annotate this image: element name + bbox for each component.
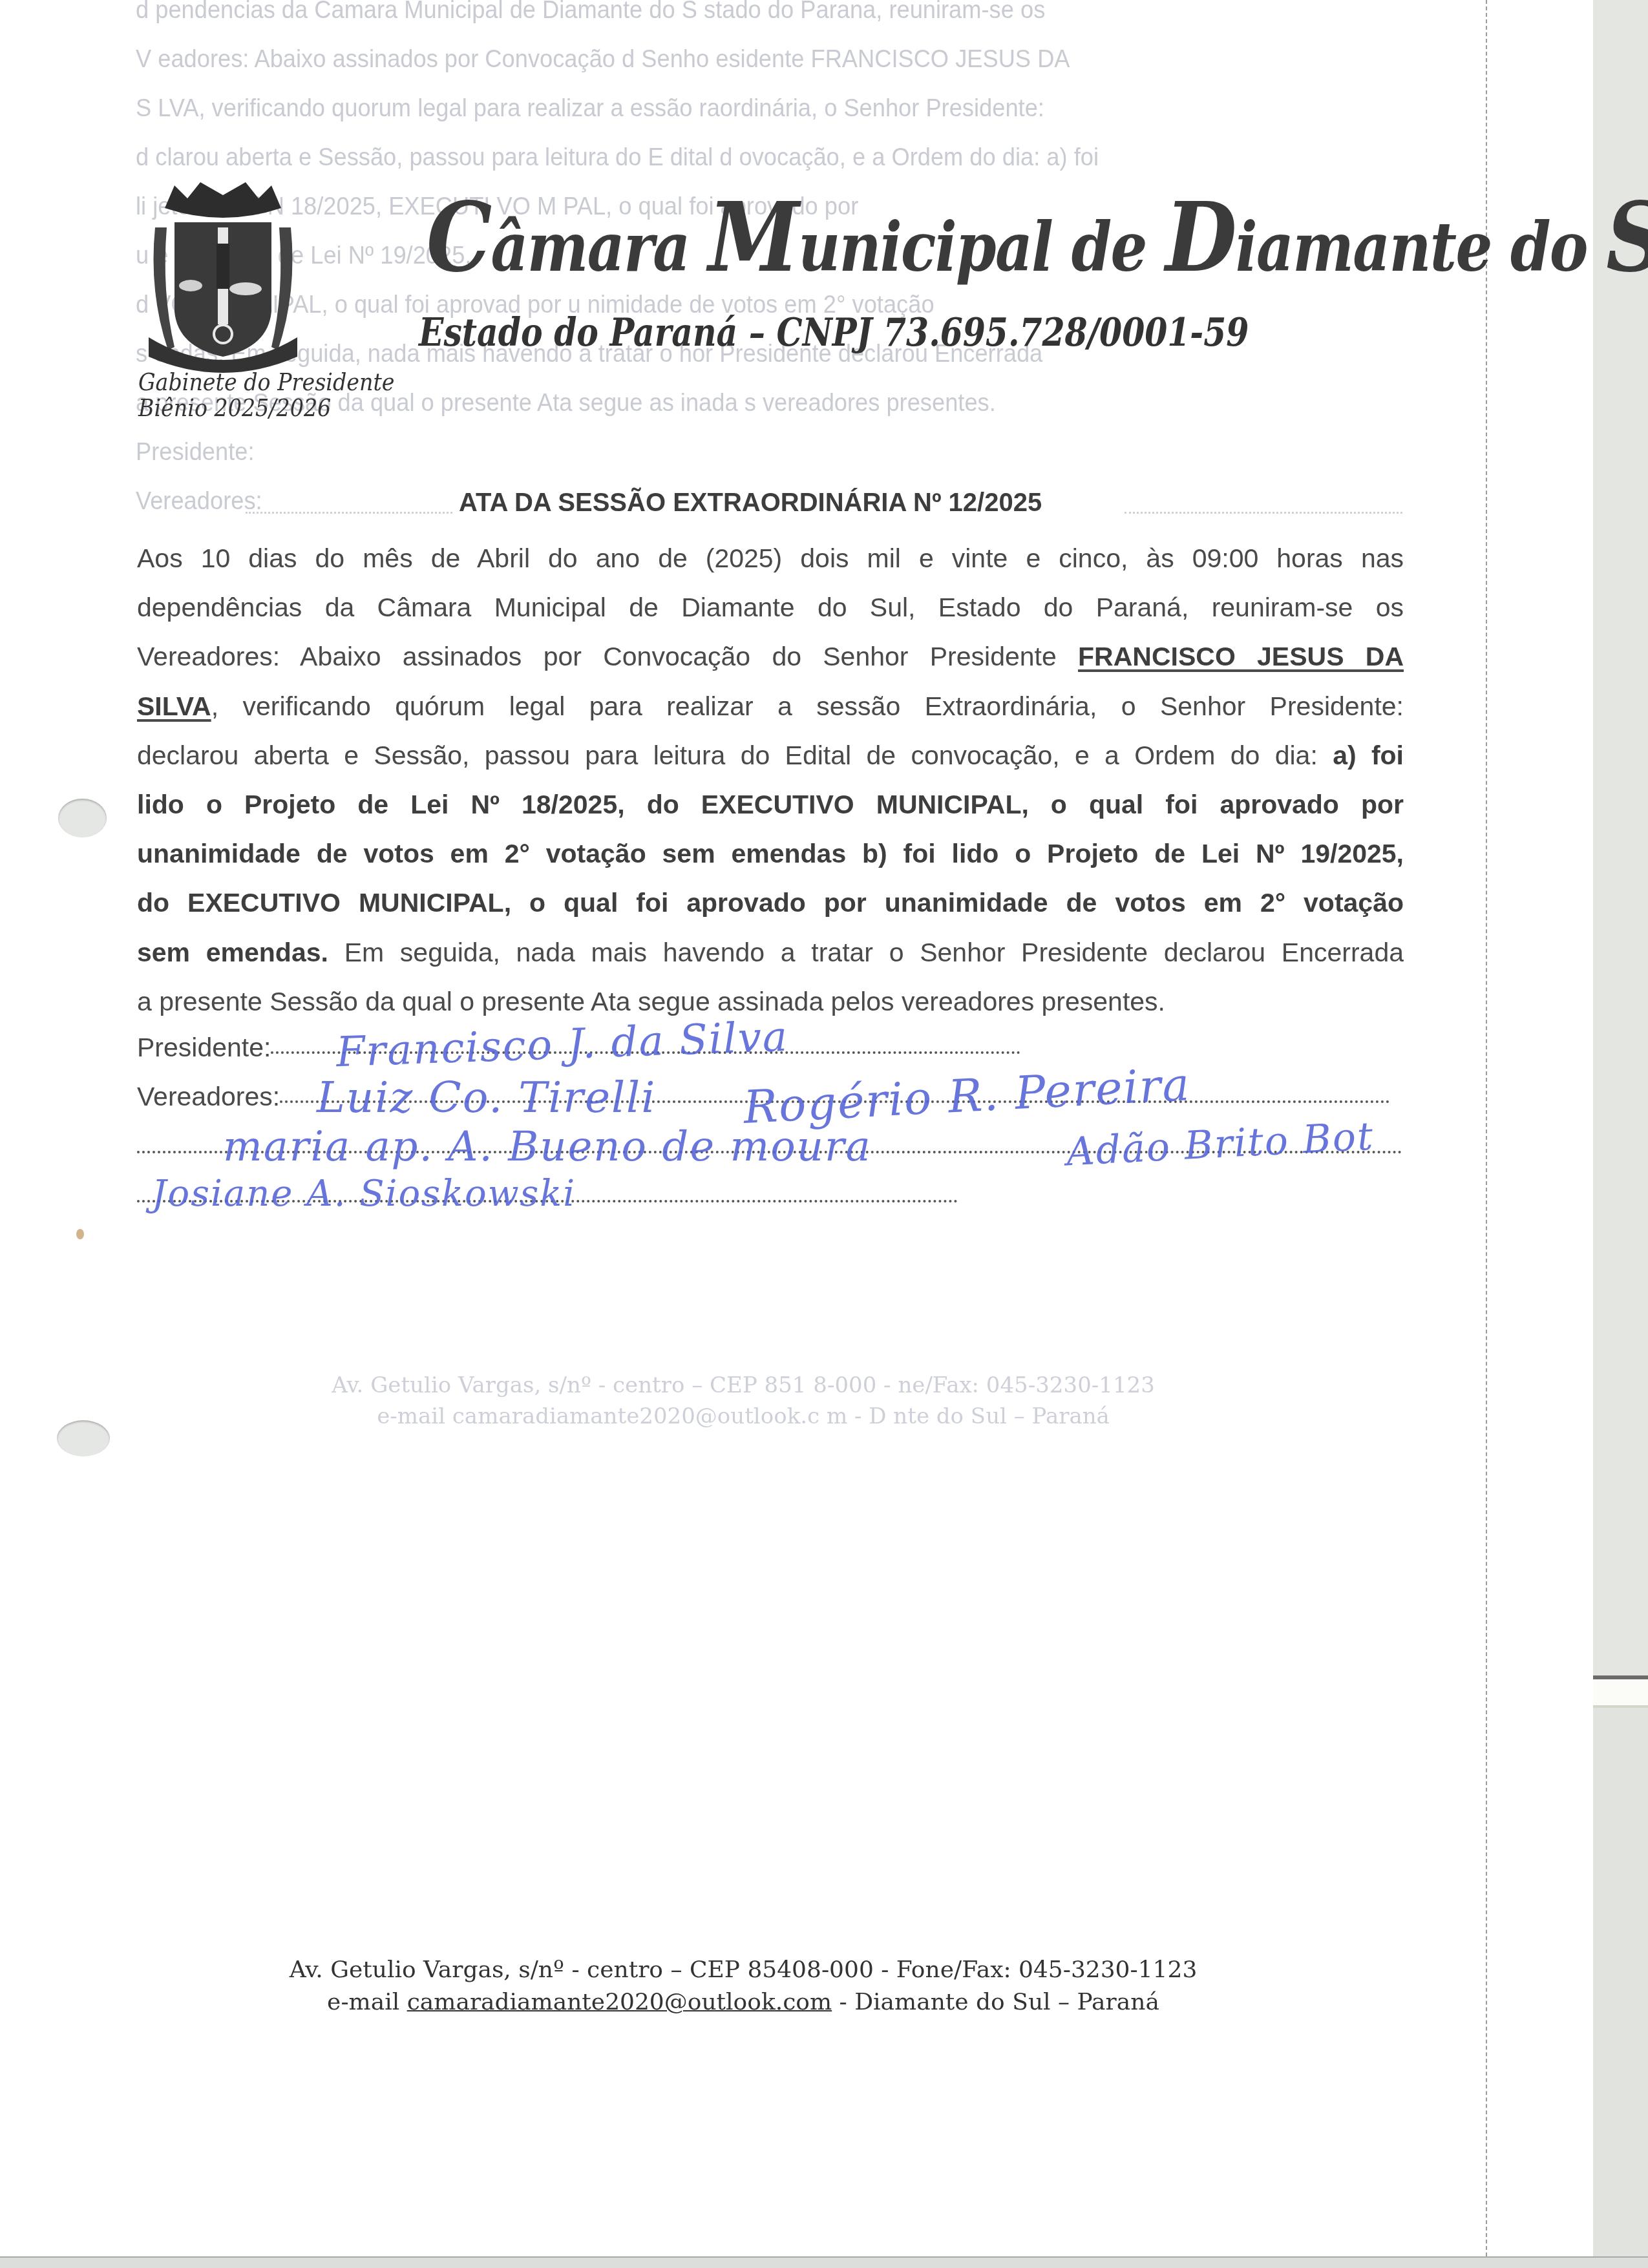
bleed-through-line: d pendencias da Camara Municipal de Diam… [136, 0, 1045, 25]
punch-hole-icon [58, 799, 107, 837]
underlined-name: SILVA [137, 691, 211, 721]
bleed-through-footer-line: Av. Getulio Vargas, s/nº - centro – CEP … [0, 1370, 1486, 1401]
document-title: ATA DA SESSÃO EXTRAORDINÁRIA Nº 12/2025 [459, 488, 1042, 518]
bleed-through-line: S LVA, verificando quorum legal para rea… [136, 94, 1044, 123]
councillors-label: Vereadores: [137, 1082, 280, 1111]
scanner-bed [1593, 1708, 1648, 2268]
institution-subtitle: Estado do Paraná – CNPJ 73.695.728/0001-… [419, 310, 1249, 355]
text: Aos 10 dias do mês de Abril do ano de (2… [137, 543, 1404, 573]
body-line: declarou aberta e Sessão, passou para le… [137, 731, 1404, 780]
dotted-leader [246, 512, 452, 514]
document-title-row: ATA DA SESSÃO EXTRAORDINÁRIA Nº 12/2025 [136, 488, 1402, 521]
bold-text: sem emendas. [137, 938, 328, 967]
body-line: lido o Projeto de Lei Nº 18/2025, do EXE… [137, 780, 1404, 829]
councillor-signature: Luiz Co. Tirelli [317, 1073, 656, 1122]
bold-text: unanimidade de votos em 2° votação sem e… [137, 839, 1404, 868]
text: Em seguida, nada mais havendo a tratar o… [328, 938, 1404, 967]
councillor-signature: Josiane A. Sioskowski [152, 1173, 576, 1215]
bold-text: a) foi [1333, 740, 1404, 770]
footer-email-link[interactable]: camaradiamante2020@outlook.com [407, 1989, 832, 2015]
body-line: unanimidade de votos em 2° votação sem e… [137, 829, 1404, 878]
president-label: Presidente: [137, 1033, 271, 1062]
office-term: Biênio 2025/2026 [138, 395, 395, 421]
body-line: SILVA, verificando quórum legal para rea… [137, 682, 1404, 731]
footer-location: - Diamante do Sul – Paraná [832, 1989, 1159, 2015]
text: , verificando quórum legal para realizar… [211, 691, 1404, 721]
email-prefix: e-mail [327, 1989, 407, 2015]
text: dependências da Câmara Municipal de Diam… [137, 593, 1404, 622]
fold-line [1486, 0, 1487, 2256]
body-line: do EXECUTIVO MUNICIPAL, o qual foi aprov… [137, 878, 1404, 927]
bleed-through-line: Presidente: [136, 438, 254, 467]
bold-text: do EXECUTIVO MUNICIPAL, o qual foi aprov… [137, 888, 1404, 918]
office-label: Gabinete do Presidente Biênio 2025/2026 [138, 370, 395, 421]
dotted-leader [1125, 512, 1402, 514]
underlined-name: FRANCISCO JESUS DA [1078, 642, 1404, 671]
bleed-through-footer: Av. Getulio Vargas, s/nº - centro – CEP … [0, 1370, 1486, 1432]
bold-text: lido o Projeto de Lei Nº 18/2025, do EXE… [137, 790, 1404, 819]
scanner-bed-bottom [0, 2256, 1648, 2268]
paper-speck [76, 1229, 84, 1239]
body-line: Aos 10 dias do mês de Abril do ano de (2… [137, 534, 1404, 583]
bleed-through-line: d clarou aberta e Sessão, passou para le… [136, 143, 1099, 172]
body-line: sem emendas. Em seguida, nada mais haven… [137, 928, 1404, 977]
office-name: Gabinete do Presidente [138, 370, 395, 395]
text: Vereadores: Abaixo assinados por Convoca… [137, 642, 1078, 671]
footer-address: Av. Getulio Vargas, s/nº - centro – CEP … [0, 1954, 1486, 1986]
body-line: Vereadores: Abaixo assinados por Convoca… [137, 632, 1404, 681]
bleed-through-line: V eadores: Abaixo assinados por Convocaç… [136, 45, 1070, 74]
minutes-body: Aos 10 dias do mês de Abril do ano de (2… [137, 534, 1404, 1026]
scanner-edge [1593, 1679, 1648, 1705]
text: declarou aberta e Sessão, passou para le… [137, 740, 1333, 770]
text: a presente Sessão da qual o presente Ata… [137, 987, 1165, 1016]
councillor-signature: maria ap. A. Bueno de moura [223, 1123, 872, 1171]
institution-title: Câmara Municipal de Diamante do Sul [427, 181, 1648, 293]
municipal-coat-of-arms-icon [136, 182, 310, 376]
body-line: dependências da Câmara Municipal de Diam… [137, 583, 1404, 632]
page-footer: Av. Getulio Vargas, s/nº - centro – CEP … [0, 1954, 1486, 2019]
bleed-through-footer-line: e-mail camaradiamante2020@outlook.c m - … [0, 1401, 1486, 1432]
footer-contact: e-mail camaradiamante2020@outlook.com - … [0, 1986, 1486, 2019]
